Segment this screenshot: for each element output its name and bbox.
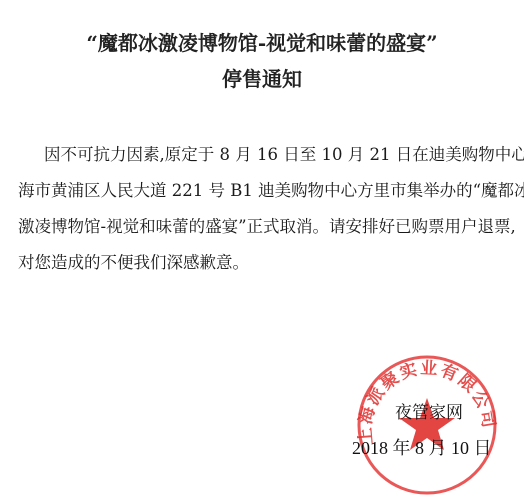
body-line-3: 激凌博物馆-视觉和味蕾的盛宴”正式取消。请安排好已购票用户退票, xyxy=(18,216,518,238)
notice-date: 2018 年 8 月 10 日 xyxy=(352,436,492,460)
body-line-1: 因不可抗力因素,原定于 8 月 16 日至 10 月 21 日在迪美购物中心上 xyxy=(44,144,524,166)
body-line-4: 对您造成的不便我们深感歉意。 xyxy=(18,252,518,274)
company-seal-stamp: 上海派聚实业有限公司 xyxy=(352,350,502,500)
body-line-2: 海市黄浦区人民大道 221 号 B1 迪美购物中心方里市集举办的“魔都冰 xyxy=(18,180,518,202)
notice-title: “魔都冰激凌博物馆-视觉和味蕾的盛宴” xyxy=(0,30,524,56)
signature-organization: 夜管家网 xyxy=(395,402,463,424)
notice-subtitle: 停售通知 xyxy=(0,66,524,92)
